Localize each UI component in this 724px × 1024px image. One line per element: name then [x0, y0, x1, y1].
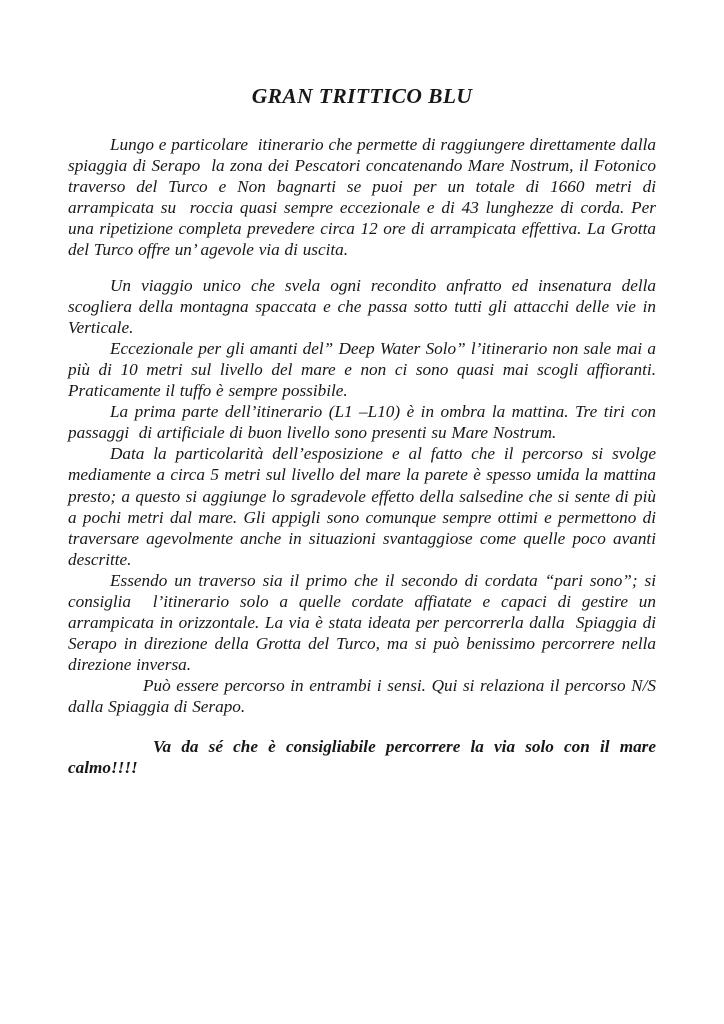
paragraph-2: Un viaggio unico che svela ogni recondit…	[68, 275, 656, 338]
paragraph-closing-warning: Va da sé che è consigliabile percorrere …	[68, 736, 656, 778]
paragraph-7: Può essere percorso in entrambi i sensi.…	[68, 675, 656, 717]
document-title: GRAN TRITTICO BLU	[68, 84, 656, 109]
paragraph-1: Lungo e particolare itinerario che perme…	[68, 134, 656, 261]
paragraph-3: Eccezionale per gli amanti del” Deep Wat…	[68, 338, 656, 401]
paragraph-5: Data la particolarità dell’esposizione e…	[68, 443, 656, 570]
document-page: GRAN TRITTICO BLU Lungo e particolare it…	[0, 0, 724, 1024]
paragraph-4: La prima parte dell’itinerario (L1 –L10)…	[68, 401, 656, 443]
paragraph-6: Essendo un traverso sia il primo che il …	[68, 570, 656, 675]
